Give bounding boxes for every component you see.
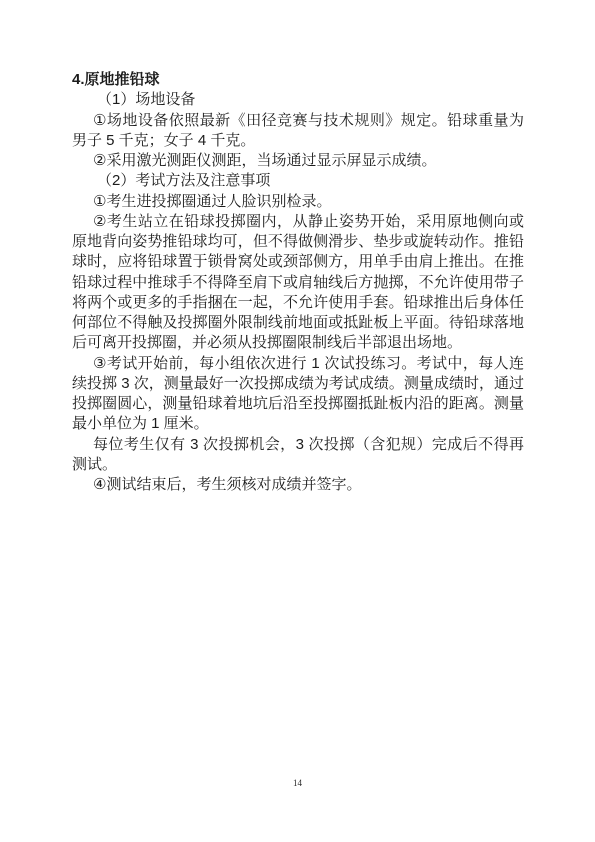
para-venue-rule: ①场地设备依照最新《田径竞赛与技术规则》规定。铅球重量为男子 5 千克；女子 4… bbox=[72, 111, 524, 152]
page-number: 14 bbox=[0, 778, 595, 788]
section-heading: 4.原地推铅球 bbox=[72, 70, 524, 90]
subheading-venue-equipment: （1）场地设备 bbox=[72, 90, 524, 110]
para-signature: ④测试结束后，考生须核对成绩并签字。 bbox=[72, 475, 524, 495]
para-face-check: ①考生进投掷圈通过人脸识别检录。 bbox=[72, 192, 524, 212]
para-laser-measure: ②采用激光测距仪测距，当场通过显示屏显示成绩。 bbox=[72, 151, 524, 171]
subheading-exam-method: （2）考试方法及注意事项 bbox=[72, 171, 524, 191]
document-page: 4.原地推铅球 （1）场地设备 ①场地设备依照最新《田径竞赛与技术规则》规定。铅… bbox=[0, 0, 595, 842]
document-body: 4.原地推铅球 （1）场地设备 ①场地设备依照最新《田径竞赛与技术规则》规定。铅… bbox=[72, 70, 524, 495]
para-throwing-posture: ②考生站立在铅球投掷圈内，从静止姿势开始，采用原地侧向或原地背向姿势推铅球均可，… bbox=[72, 212, 524, 354]
para-three-attempts: 每位考生仅有 3 次投掷机会，3 次投掷（含犯规）完成后不得再测试。 bbox=[72, 435, 524, 476]
para-exam-procedure: ③考试开始前，每小组依次进行 1 次试投练习。考试中，每人连续投掷 3 次，测量… bbox=[72, 354, 524, 435]
